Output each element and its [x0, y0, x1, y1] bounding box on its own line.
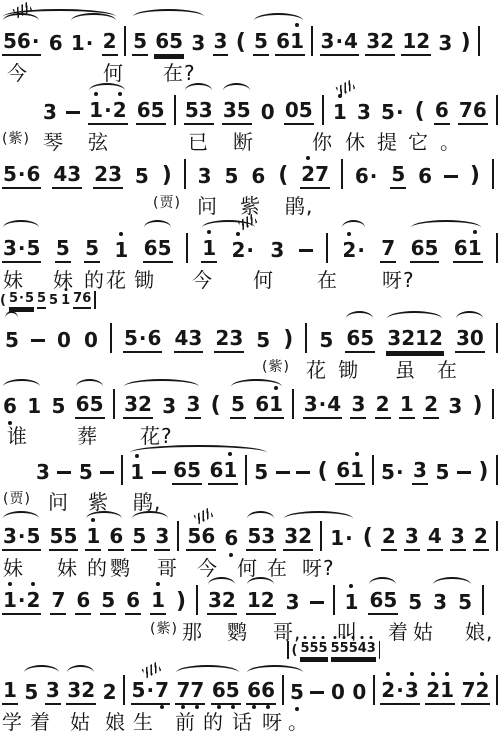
- note-token: 27: [300, 164, 330, 189]
- note-token: 61: [208, 460, 238, 485]
- note-token: [496, 323, 498, 353]
- lyric-syllable: 呀: [262, 706, 283, 735]
- slur-arc: [3, 9, 116, 18]
- notes-line: 5005·643235)565321230: [0, 311, 500, 353]
- note-token: 5: [4, 330, 20, 353]
- note-token: 53: [184, 100, 214, 125]
- note-token: [496, 675, 498, 705]
- note-token: 3: [437, 33, 453, 56]
- lyrics-line: 今何在?: [0, 56, 500, 83]
- note-token: 0: [56, 330, 72, 353]
- lyrics-line: (贾)问紫鹃,: [0, 485, 500, 511]
- slur-arc: [387, 311, 442, 320]
- notes-line: 3·55516512·32·76561: [0, 217, 500, 263]
- note-token: [496, 95, 498, 125]
- note-token: [322, 95, 324, 125]
- slur-arc: [411, 220, 481, 229]
- note-token: 5: [457, 592, 473, 615]
- note-token: 1: [85, 526, 101, 551]
- line-1: 56·61·256533(5613·432123)今何在?: [0, 0, 500, 83]
- note-token: 1: [150, 590, 166, 615]
- note-token: 1: [61, 294, 70, 309]
- note-token: 3: [154, 526, 170, 551]
- lyric-syllable: 前: [175, 706, 196, 735]
- note-token: 3: [213, 31, 229, 56]
- note-token: [276, 471, 290, 474]
- note-token: 5·6: [123, 328, 162, 353]
- note-token: 5: [49, 294, 58, 309]
- note-token: [66, 111, 80, 114]
- note-token: 2·3: [380, 680, 419, 705]
- slur-arc: [132, 511, 168, 520]
- note-token: 65: [75, 394, 105, 419]
- note-token: 3: [432, 592, 448, 615]
- slur-arc: [208, 577, 235, 586]
- note-token: 6: [223, 528, 239, 551]
- note-token: 6: [125, 590, 141, 615]
- note-token: [184, 159, 186, 189]
- line-6: 615653233(5613·432123)谁葬花?: [0, 379, 500, 445]
- note-token: 5: [318, 330, 334, 353]
- notes-line: 35165615(615·35): [0, 445, 500, 485]
- note-token: (: [0, 294, 6, 309]
- note-token: 65: [345, 328, 375, 353]
- note-token: 65: [211, 680, 241, 705]
- note-token: [482, 585, 484, 615]
- note-token: 5: [37, 292, 46, 309]
- note-token: [492, 159, 494, 189]
- note-token: [245, 455, 247, 485]
- lyrics-line: (紫)琴弦已断你休提它。: [0, 125, 500, 151]
- note-token: ): [161, 165, 173, 189]
- slur-arc: [284, 511, 353, 520]
- lyrics-line: (紫)花锄虽在: [0, 353, 500, 379]
- note-token: 12: [246, 590, 276, 615]
- note-token: 0: [260, 102, 276, 125]
- note-token: 30: [455, 328, 485, 353]
- note-token: ): [175, 591, 187, 615]
- note-token: 3·4: [303, 394, 342, 419]
- note-token: 6: [434, 100, 450, 125]
- note-token: [124, 26, 126, 56]
- note-token: 5: [434, 462, 450, 485]
- slur-arc: [202, 220, 255, 229]
- note-token: 5: [253, 31, 269, 56]
- note-token: [310, 601, 324, 604]
- note-token: 43: [174, 328, 204, 353]
- note-token: 32: [365, 31, 395, 56]
- slur-arc: [346, 311, 373, 320]
- note-token: 3: [450, 526, 466, 551]
- note-token: [333, 585, 335, 615]
- slur-arc: [254, 13, 303, 22]
- note-token: 6: [75, 590, 91, 615]
- note-token: 5·7: [131, 680, 170, 705]
- note-token: 61: [453, 238, 483, 263]
- note-token: 5: [23, 682, 39, 705]
- note-token: 3: [356, 102, 372, 125]
- note-token: 2: [423, 394, 439, 419]
- note-token: [373, 675, 375, 705]
- note-token: 55543: [331, 642, 376, 659]
- slur-arc: [369, 577, 396, 586]
- note-token: [320, 521, 322, 551]
- line-5: 5005·643235)565321230(紫)花锄虽在: [0, 311, 500, 379]
- lyric-syllable: 的: [203, 706, 224, 735]
- note-token: 77: [175, 680, 205, 705]
- tremolo-mark: [12, 2, 32, 19]
- note-token: 0: [330, 682, 346, 705]
- note-token: 3: [35, 462, 51, 485]
- note-token: 3: [185, 394, 201, 419]
- note-token: [457, 471, 471, 474]
- note-token: [196, 585, 198, 615]
- note-token: 65: [368, 590, 398, 615]
- note-token: 1: [129, 462, 145, 485]
- note-token: 3: [404, 526, 420, 551]
- slur-arc: [185, 83, 212, 92]
- note-token: 2: [381, 526, 397, 551]
- note-token: 2: [375, 394, 391, 419]
- notes-line: 1·276561)32123165535: [0, 577, 500, 615]
- note-token: 1: [344, 592, 360, 615]
- note-token: 32: [123, 394, 153, 419]
- lyric-syllable: 问: [197, 190, 218, 219]
- note-token: 5: [230, 394, 246, 419]
- line-2: 31·2655335005135·(676(紫)琴弦已断你休提它。: [0, 83, 500, 151]
- lyric-syllable: 今: [7, 57, 28, 86]
- slur-arc: [67, 665, 94, 674]
- note-token: [57, 471, 71, 474]
- note-token: 3: [161, 396, 177, 419]
- note-token: 5: [289, 682, 305, 705]
- note-token: 3: [412, 460, 428, 485]
- note-token: [123, 675, 125, 705]
- tremolo-mark: [194, 508, 214, 525]
- slur-arc: [130, 445, 267, 454]
- slur-arc: [5, 311, 18, 320]
- lyrics-line: 妹妹的花锄今何在呀?: [0, 263, 500, 289]
- role-marker: (紫): [150, 618, 178, 638]
- note-token: 76: [458, 100, 488, 125]
- note-token: [444, 175, 458, 178]
- note-token: (: [414, 101, 426, 125]
- note-token: 32: [66, 680, 96, 705]
- note-token: 76: [73, 292, 91, 309]
- note-token: 5: [134, 166, 150, 189]
- note-token: 5·5: [9, 292, 34, 309]
- note-token: 21: [425, 680, 455, 705]
- note-token: 6: [2, 396, 18, 419]
- note-token: 1: [113, 240, 129, 263]
- note-token: [379, 641, 381, 659]
- notes-line: 5·643235)356(276·56): [0, 151, 500, 189]
- note-token: (: [362, 527, 374, 551]
- note-token: [113, 389, 115, 419]
- slur-arc: [247, 665, 303, 674]
- note-token: 65: [410, 238, 440, 263]
- note-token: 5: [253, 462, 269, 485]
- note-token: [31, 339, 45, 342]
- note-token: [496, 455, 498, 485]
- note-token: 65: [136, 100, 166, 125]
- note-token: [341, 159, 343, 189]
- notes-line: 3·555165356653321·(23432: [0, 511, 500, 551]
- note-token: 5: [78, 462, 94, 485]
- slur-arc: [433, 577, 471, 586]
- note-token: [282, 675, 284, 705]
- lyrics-line: (紫)那鹦哥,叫着姑娘,: [0, 615, 500, 639]
- note-token: (: [277, 165, 289, 189]
- role-marker: (贾): [153, 192, 181, 212]
- lyric-syllable: 话: [232, 706, 253, 735]
- note-token: ): [460, 32, 472, 56]
- note-token: [186, 233, 188, 263]
- note-token: ): [477, 461, 489, 485]
- note-token: 5: [55, 238, 71, 263]
- note-token: 23: [93, 164, 123, 189]
- note-token: 3·4: [320, 31, 359, 56]
- lyric-syllable: 何: [103, 57, 124, 86]
- lyric-syllable: 娘: [105, 706, 126, 735]
- lyric-syllable: 紫: [240, 190, 261, 219]
- note-token: 2: [473, 526, 489, 551]
- grace-line-2: (55555543: [0, 639, 500, 665]
- note-token: [177, 521, 179, 551]
- note-token: [292, 389, 294, 419]
- notes-line: (5·555176: [0, 289, 96, 309]
- note-token: 1·2: [2, 590, 41, 615]
- note-token: 3: [285, 592, 301, 615]
- note-token: 3: [350, 394, 366, 419]
- note-token: 1: [2, 680, 18, 705]
- slur-arc: [71, 13, 116, 22]
- note-token: 7: [50, 590, 66, 615]
- note-token: [296, 471, 310, 474]
- notes-line: 31·2655335005135·(676: [0, 83, 500, 125]
- lyric-syllable: 学: [2, 706, 23, 735]
- note-token: 2·: [231, 240, 257, 263]
- note-token: 5: [84, 238, 100, 263]
- note-token: 3212: [386, 328, 444, 353]
- note-token: [492, 389, 494, 419]
- lyric-syllable: 在?: [163, 57, 196, 86]
- note-token: 555: [300, 642, 327, 659]
- note-token: [326, 233, 328, 263]
- note-token: [110, 323, 112, 353]
- note-token: 53: [246, 526, 276, 551]
- note-token: 1: [332, 102, 348, 125]
- note-token: 4: [427, 526, 443, 551]
- note-token: 55: [49, 526, 79, 551]
- note-token: 5: [407, 592, 423, 615]
- lyrics-line: 学着姑娘生前的话呀。: [0, 705, 500, 733]
- slur-arc: [247, 511, 274, 520]
- slur-arc: [89, 83, 125, 92]
- tremolo-mark: [141, 662, 161, 679]
- note-token: 61: [275, 31, 305, 56]
- slur-arc: [176, 665, 239, 674]
- note-token: 6: [417, 166, 433, 189]
- note-token: 5: [100, 590, 116, 615]
- slur-arc: [3, 220, 39, 229]
- slur-arc: [3, 511, 39, 520]
- note-token: 5·: [380, 102, 406, 125]
- notes-line: 1533225·77765665002·32172: [0, 665, 500, 705]
- line-10: 1533225·77765665002·32172学着姑娘生前的话呀。: [0, 665, 500, 733]
- note-token: 5: [50, 396, 66, 419]
- note-token: 1: [26, 396, 42, 419]
- note-token: [94, 291, 96, 309]
- note-token: 1·2: [88, 100, 127, 125]
- note-token: 2: [102, 682, 118, 705]
- note-token: 7: [380, 238, 396, 263]
- note-token: 3: [269, 240, 285, 263]
- line-9: 1·276561)32123165535(紫)那鹦哥,叫着姑娘,: [0, 577, 500, 639]
- notes-line: 56·61·256533(5613·432123): [0, 0, 500, 56]
- slur-arc: [342, 220, 365, 229]
- note-token: (: [210, 395, 222, 419]
- note-token: 3: [42, 102, 58, 125]
- note-token: 6·: [354, 166, 380, 189]
- notes-line: (55555543: [287, 639, 380, 659]
- note-token: 32: [283, 526, 313, 551]
- note-token: 5: [255, 330, 271, 353]
- note-token: 56·: [2, 31, 41, 56]
- note-token: 32: [207, 590, 237, 615]
- line-7: 35165615(615·35)(贾)问紫鹃,: [0, 445, 500, 511]
- slur-arc: [3, 379, 40, 388]
- role-marker: (贾): [3, 488, 31, 508]
- note-token: 1·: [70, 33, 96, 56]
- note-token: 66: [246, 680, 276, 705]
- line-8: 3·555165356653321·(23432妹妹的鹦哥今何在呀?: [0, 511, 500, 577]
- note-token: 5·: [380, 462, 406, 485]
- note-token: 3: [197, 166, 213, 189]
- note-token: 3·5: [2, 238, 41, 263]
- note-token: [478, 26, 480, 56]
- lyric-syllable: 。: [288, 706, 309, 735]
- note-token: 1: [201, 238, 217, 263]
- note-token: 23: [214, 328, 244, 353]
- slur-arc: [144, 220, 171, 229]
- note-token: [287, 641, 289, 659]
- note-token: [311, 26, 313, 56]
- note-token: [496, 233, 498, 263]
- note-token: 3: [45, 680, 61, 705]
- note-token: 3: [190, 33, 206, 56]
- note-token: 5: [390, 164, 406, 189]
- lyric-syllable: 生: [133, 706, 154, 735]
- note-token: 6: [108, 526, 124, 551]
- role-marker: (紫): [262, 356, 290, 376]
- note-token: 5: [224, 166, 240, 189]
- note-token: [310, 691, 324, 694]
- note-token: [299, 249, 313, 252]
- note-token: 1: [399, 394, 415, 419]
- note-token: 65: [154, 31, 184, 56]
- role-marker: (紫): [2, 128, 30, 148]
- slur-arc: [124, 379, 199, 388]
- note-token: 2·: [341, 240, 367, 263]
- lyrics-line: 妹妹的鹦哥今何在呀?: [0, 551, 500, 577]
- note-token: 61: [335, 460, 365, 485]
- note-token: 05: [284, 100, 314, 125]
- tremolo-mark: [237, 214, 257, 231]
- slur-arc: [456, 311, 483, 320]
- line-3: 5·643235)356(276·56)(贾)问紫鹃,: [0, 151, 500, 217]
- note-token: ): [469, 165, 481, 189]
- music-sheet: 56·61·256533(5613·432123)今何在?31·26553350…: [0, 0, 500, 754]
- note-token: [372, 455, 374, 485]
- note-token: 65: [143, 238, 173, 263]
- note-token: 3: [447, 396, 463, 419]
- note-token: 2: [102, 31, 118, 56]
- slur-arc: [133, 9, 204, 18]
- lyric-syllable: 姑: [70, 706, 91, 735]
- note-token: 5·6: [2, 164, 41, 189]
- line-4: 3·55516512·32·76561妹妹的花锄今何在呀?: [0, 217, 500, 289]
- note-token: 56: [186, 526, 216, 551]
- note-token: 6: [250, 166, 266, 189]
- lyrics-line: (贾)问紫鹃,: [0, 189, 500, 217]
- note-token: 6: [48, 33, 64, 56]
- note-token: 0: [351, 682, 367, 705]
- slur-arc: [3, 13, 39, 22]
- note-token: 72: [461, 680, 491, 705]
- note-token: 5: [132, 31, 148, 56]
- note-token: 35: [222, 100, 252, 125]
- note-token: [305, 323, 307, 353]
- note-token: 5: [131, 526, 147, 551]
- slur-arc: [24, 665, 59, 674]
- note-token: [496, 521, 498, 551]
- note-token: 3·5: [2, 526, 41, 551]
- note-token: 1·: [329, 528, 355, 551]
- slur-arc: [247, 577, 274, 586]
- lyric-syllable: 着: [30, 706, 51, 735]
- note-token: [121, 455, 123, 485]
- note-token: 0: [83, 330, 99, 353]
- note-token: [152, 471, 166, 474]
- lyrics-line: 谁葬花?: [0, 419, 500, 445]
- note-token: 61: [254, 394, 284, 419]
- note-token: 65: [172, 460, 202, 485]
- note-token: (: [292, 644, 298, 659]
- note-token: ): [282, 329, 294, 353]
- note-token: ): [472, 395, 484, 419]
- note-token: [100, 471, 114, 474]
- note-token: (: [235, 32, 247, 56]
- note-token: (: [317, 461, 329, 485]
- slur-arc: [223, 83, 250, 92]
- note-token: 43: [52, 164, 82, 189]
- lyric-syllable: 鹃,: [285, 190, 313, 219]
- slur-arc: [76, 379, 103, 388]
- note-token: [174, 95, 176, 125]
- notes-line: 615653233(5613·432123): [0, 379, 500, 419]
- grace-line-1: (5·555176: [0, 289, 500, 311]
- note-token: 12: [401, 31, 431, 56]
